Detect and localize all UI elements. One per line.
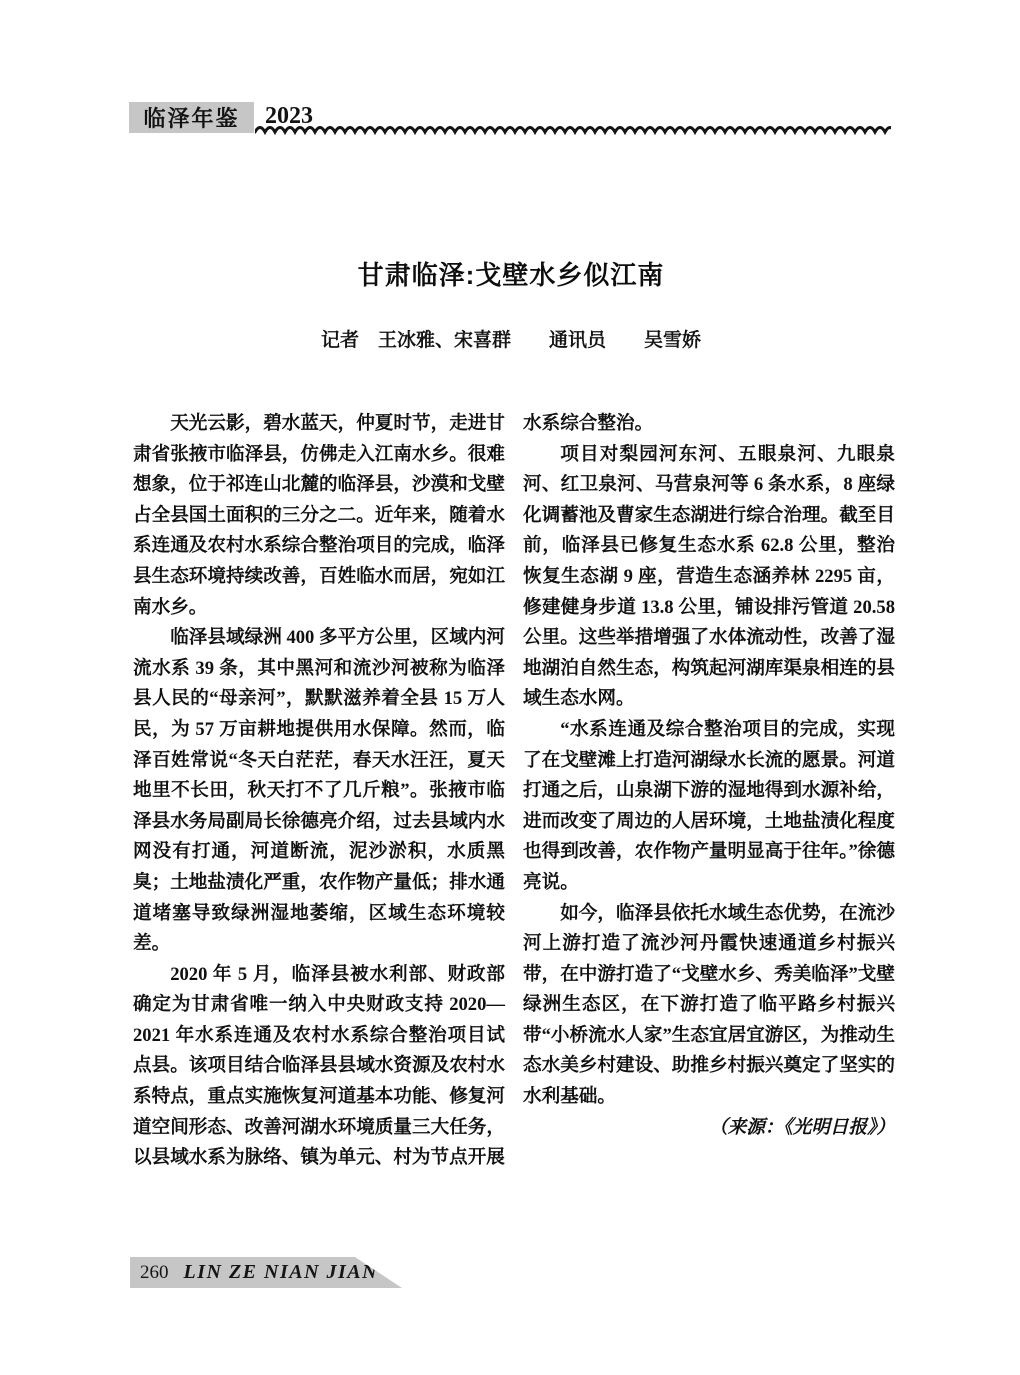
yearbook-title: 临泽年鉴 [143, 102, 239, 133]
yearbook-title-plate: 临泽年鉴 [129, 102, 254, 133]
body-paragraph: “水系连通及综合整治项目的完成，实现了在戈壁滩上打造河湖绿水长流的愿景。河道打通… [523, 715, 895, 899]
article-title: 甘肃临泽:戈壁水乡似江南 [129, 255, 893, 292]
body-paragraph: 项目对梨园河东河、五眼泉河、九眼泉河、红卫泉河、马营泉河等 6 条水系，8 座绿… [523, 440, 895, 715]
left-column: 天光云影，碧水蓝天，仲夏时节，走进甘肃省张掖市临泽县，仿佛走入江南水乡。很难想象… [133, 409, 505, 1174]
yearbook-page: 临泽年鉴 2023 甘肃临泽:戈壁水乡似江南 记者 王冰雅、宋喜群 通讯员 吴雪… [0, 0, 1020, 1375]
right-column: 水系综合整治。 项目对梨园河东河、五眼泉河、九眼泉河、红卫泉河、马营泉河等 6 … [523, 409, 895, 1174]
body-paragraph: 如今，临泽县依托水域生态优势，在流沙河上游打造了流沙河丹霞快速通道乡村振兴带，在… [523, 899, 895, 1113]
body-paragraph: 临泽县域绿洲 400 多平方公里，区域内河流水系 39 条，其中黑河和流沙河被称… [133, 623, 505, 960]
page-footer: 260 LIN ZE NIAN JIAN [130, 1257, 402, 1288]
article-body: 天光云影，碧水蓝天，仲夏时节，走进甘肃省张掖市临泽县，仿佛走入江南水乡。很难想象… [133, 409, 895, 1174]
article-byline: 记者 王冰雅、宋喜群 通讯员 吴雪娇 [129, 325, 893, 352]
wavy-rule [255, 124, 891, 136]
yearbook-title-pinyin: LIN ZE NIAN JIAN [184, 1261, 379, 1284]
body-paragraph: 天光云影，碧水蓝天，仲夏时节，走进甘肃省张掖市临泽县，仿佛走入江南水乡。很难想象… [133, 409, 505, 623]
body-paragraph: （来源：《光明日报》） [523, 1113, 895, 1144]
body-paragraph: 2020 年 5 月，临泽县被水利部、财政部确定为甘肃省唯一纳入中央财政支持 2… [133, 960, 505, 1174]
body-paragraph: 水系综合整治。 [523, 409, 895, 440]
page-number: 260 [140, 1262, 169, 1284]
